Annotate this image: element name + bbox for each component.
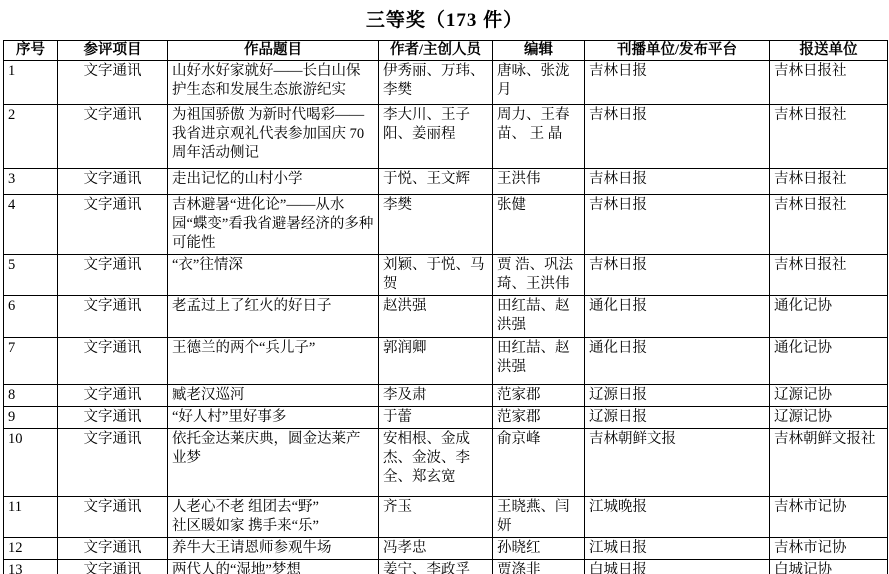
cell-no: 10 (4, 429, 58, 497)
cell-platform: 吉林朝鲜文报 (585, 429, 770, 497)
cell-platform: 白城日报 (585, 560, 770, 574)
table-row: 6文字通讯老孟过上了红火的好日子赵洪强田红喆、赵洪强通化日报通化记协 (4, 296, 888, 338)
cell-category: 文字通讯 (58, 538, 168, 560)
cell-authors: 姜宁、李政孚 (379, 560, 493, 574)
table-row: 4文字通讯吉林避暑“进化论”——从水园“蝶变”看我省避暑经济的多种可能性李樊张健… (4, 195, 888, 255)
cell-submitter: 通化记协 (770, 296, 888, 338)
cell-submitter: 辽源记协 (770, 407, 888, 429)
cell-title: 两代人的“湿地”梦想 (168, 560, 379, 574)
cell-editor: 贾涤非 (493, 560, 585, 574)
cell-platform: 通化日报 (585, 338, 770, 385)
cell-category: 文字通讯 (58, 61, 168, 105)
cell-title: 臧老汉巡河 (168, 385, 379, 407)
cell-title: 山好水好家就好——长白山保护生态和发展生态旅游纪实 (168, 61, 379, 105)
cell-title: “衣”往情深 (168, 255, 379, 296)
cell-category: 文字通讯 (58, 407, 168, 429)
cell-title: 王德兰的两个“兵儿子” (168, 338, 379, 385)
cell-platform: 通化日报 (585, 296, 770, 338)
table-row: 11文字通讯人老心不老 组团去“野” 社区暖如家 携手来“乐”齐玉王晓燕、闫妍江… (4, 497, 888, 538)
cell-title: 人老心不老 组团去“野” 社区暖如家 携手来“乐” (168, 497, 379, 538)
cell-submitter: 吉林日报社 (770, 169, 888, 195)
cell-category: 文字通讯 (58, 255, 168, 296)
cell-editor: 唐咏、张泷月 (493, 61, 585, 105)
cell-submitter: 吉林朝鲜文报社 (770, 429, 888, 497)
header-platform: 刊播单位/发布平台 (585, 41, 770, 61)
cell-category: 文字通讯 (58, 497, 168, 538)
header-no: 序号 (4, 41, 58, 61)
cell-category: 文字通讯 (58, 560, 168, 574)
cell-authors: 郭润卿 (379, 338, 493, 385)
cell-editor: 范家郡 (493, 385, 585, 407)
cell-category: 文字通讯 (58, 169, 168, 195)
cell-no: 7 (4, 338, 58, 385)
header-title: 作品题目 (168, 41, 379, 61)
cell-no: 4 (4, 195, 58, 255)
cell-no: 2 (4, 105, 58, 169)
cell-category: 文字通讯 (58, 105, 168, 169)
awards-table: 序号 参评项目 作品题目 作者/主创人员 编辑 刊播单位/发布平台 报送单位 1… (3, 40, 888, 574)
table-row: 13文字通讯两代人的“湿地”梦想姜宁、李政孚贾涤非白城日报白城记协 (4, 560, 888, 574)
table-row: 10文字通讯依托金达莱庆典，圆金达莱产业梦安相根、金成杰、金波、李全、郑玄宽俞京… (4, 429, 888, 497)
cell-authors: 李及肃 (379, 385, 493, 407)
cell-no: 6 (4, 296, 58, 338)
cell-submitter: 吉林日报社 (770, 255, 888, 296)
table-row: 5文字通讯“衣”往情深刘颖、于悦、马贺贾 浩、巩法琦、王洪伟吉林日报吉林日报社 (4, 255, 888, 296)
cell-category: 文字通讯 (58, 296, 168, 338)
cell-authors: 刘颖、于悦、马贺 (379, 255, 493, 296)
cell-category: 文字通讯 (58, 385, 168, 407)
header-row: 序号 参评项目 作品题目 作者/主创人员 编辑 刊播单位/发布平台 报送单位 (4, 41, 888, 61)
cell-authors: 李樊 (379, 195, 493, 255)
cell-platform: 江城晚报 (585, 497, 770, 538)
cell-category: 文字通讯 (58, 338, 168, 385)
cell-category: 文字通讯 (58, 195, 168, 255)
cell-authors: 于悦、王文辉 (379, 169, 493, 195)
table-body: 1文字通讯山好水好家就好——长白山保护生态和发展生态旅游纪实伊秀丽、万玮、李樊唐… (4, 61, 888, 574)
cell-authors: 于蕾 (379, 407, 493, 429)
cell-no: 11 (4, 497, 58, 538)
cell-editor: 俞京峰 (493, 429, 585, 497)
cell-submitter: 吉林日报社 (770, 61, 888, 105)
cell-platform: 吉林日报 (585, 195, 770, 255)
table-row: 8文字通讯臧老汉巡河李及肃范家郡辽源日报辽源记协 (4, 385, 888, 407)
cell-submitter: 吉林日报社 (770, 195, 888, 255)
cell-no: 9 (4, 407, 58, 429)
cell-platform: 吉林日报 (585, 61, 770, 105)
page-title: 三等奖（173 件） (0, 9, 889, 33)
header-category: 参评项目 (58, 41, 168, 61)
cell-editor: 王洪伟 (493, 169, 585, 195)
table-row: 7文字通讯王德兰的两个“兵儿子”郭润卿田红喆、赵洪强通化日报通化记协 (4, 338, 888, 385)
cell-authors: 伊秀丽、万玮、李樊 (379, 61, 493, 105)
cell-editor: 贾 浩、巩法琦、王洪伟 (493, 255, 585, 296)
header-authors: 作者/主创人员 (379, 41, 493, 61)
table-row: 1文字通讯山好水好家就好——长白山保护生态和发展生态旅游纪实伊秀丽、万玮、李樊唐… (4, 61, 888, 105)
cell-submitter: 吉林市记协 (770, 538, 888, 560)
header-submitter: 报送单位 (770, 41, 888, 61)
cell-editor: 田红喆、赵洪强 (493, 296, 585, 338)
table-row: 2文字通讯为祖国骄傲 为新时代喝彩——我省进京观礼代表参加国庆 70 周年活动侧… (4, 105, 888, 169)
cell-platform: 江城日报 (585, 538, 770, 560)
cell-editor: 王晓燕、闫妍 (493, 497, 585, 538)
cell-editor: 孙晓红 (493, 538, 585, 560)
cell-platform: 吉林日报 (585, 105, 770, 169)
cell-no: 1 (4, 61, 58, 105)
cell-category: 文字通讯 (58, 429, 168, 497)
cell-editor: 张健 (493, 195, 585, 255)
cell-submitter: 辽源记协 (770, 385, 888, 407)
table-row: 9文字通讯“好人村”里好事多于蕾范家郡辽源日报辽源记协 (4, 407, 888, 429)
cell-authors: 冯孝忠 (379, 538, 493, 560)
cell-submitter: 吉林日报社 (770, 105, 888, 169)
cell-title: 为祖国骄傲 为新时代喝彩——我省进京观礼代表参加国庆 70 周年活动侧记 (168, 105, 379, 169)
cell-editor: 范家郡 (493, 407, 585, 429)
cell-authors: 李大川、王子阳、姜丽程 (379, 105, 493, 169)
cell-authors: 安相根、金成杰、金波、李全、郑玄宽 (379, 429, 493, 497)
table-header: 序号 参评项目 作品题目 作者/主创人员 编辑 刊播单位/发布平台 报送单位 (4, 41, 888, 61)
cell-title: 走出记忆的山村小学 (168, 169, 379, 195)
cell-authors: 赵洪强 (379, 296, 493, 338)
cell-submitter: 吉林市记协 (770, 497, 888, 538)
cell-platform: 吉林日报 (585, 169, 770, 195)
cell-platform: 吉林日报 (585, 255, 770, 296)
cell-submitter: 通化记协 (770, 338, 888, 385)
cell-title: 吉林避暑“进化论”——从水园“蝶变”看我省避暑经济的多种可能性 (168, 195, 379, 255)
cell-editor: 周力、王春苗、 王 晶 (493, 105, 585, 169)
cell-no: 5 (4, 255, 58, 296)
cell-title: 养牛大王请恩师参观牛场 (168, 538, 379, 560)
table-row: 3文字通讯走出记忆的山村小学于悦、王文辉王洪伟吉林日报吉林日报社 (4, 169, 888, 195)
table-row: 12文字通讯养牛大王请恩师参观牛场冯孝忠孙晓红江城日报吉林市记协 (4, 538, 888, 560)
header-editor: 编辑 (493, 41, 585, 61)
cell-authors: 齐玉 (379, 497, 493, 538)
cell-submitter: 白城记协 (770, 560, 888, 574)
cell-platform: 辽源日报 (585, 407, 770, 429)
cell-no: 12 (4, 538, 58, 560)
cell-no: 3 (4, 169, 58, 195)
cell-no: 8 (4, 385, 58, 407)
cell-no: 13 (4, 560, 58, 574)
cell-title: 依托金达莱庆典，圆金达莱产业梦 (168, 429, 379, 497)
cell-title: 老孟过上了红火的好日子 (168, 296, 379, 338)
cell-platform: 辽源日报 (585, 385, 770, 407)
cell-title: “好人村”里好事多 (168, 407, 379, 429)
cell-editor: 田红喆、赵洪强 (493, 338, 585, 385)
